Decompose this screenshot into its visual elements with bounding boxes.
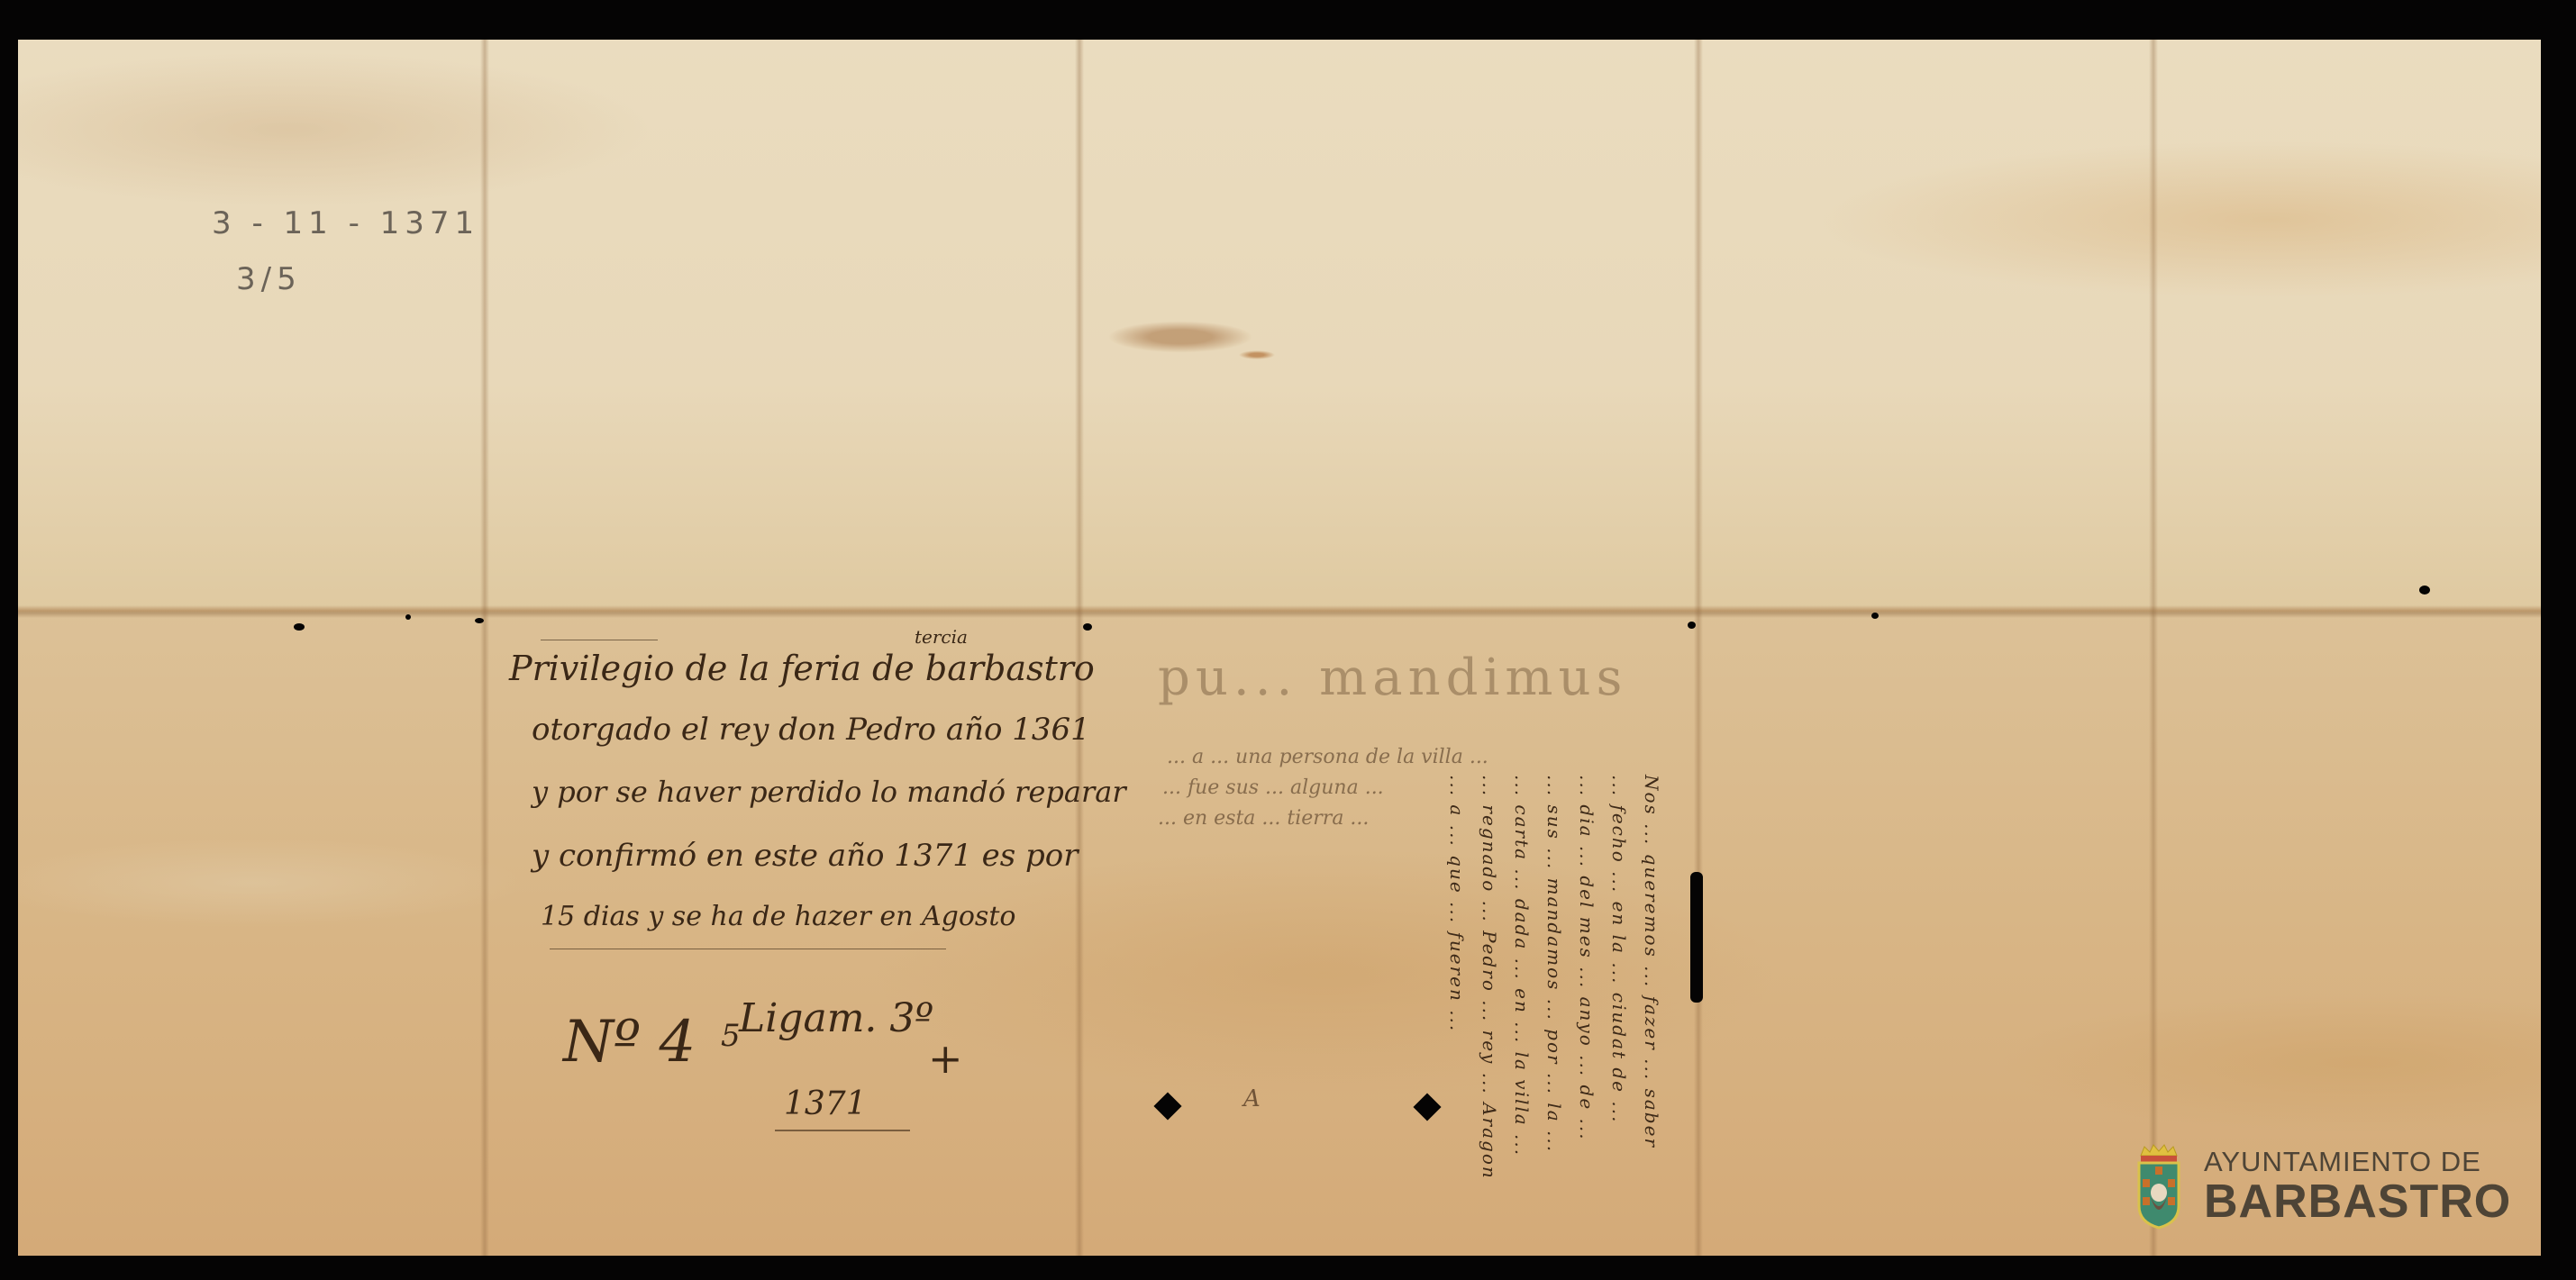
ayuntamiento-barbastro-logo: AYUNTAMIENTO DE BARBASTRO	[2135, 1137, 2541, 1236]
ligamen-signature: Ligam. 3º	[739, 995, 933, 1041]
center-mark: A	[1243, 1085, 1261, 1112]
fold-hole	[1871, 613, 1879, 619]
logo-line-barbastro: BARBASTRO	[2204, 1177, 2511, 1226]
vertical-text-line: ... sus ... mandamos ... por ... la ...	[1543, 775, 1565, 1225]
fold-hole	[1688, 622, 1696, 629]
faint-text-line: ... en esta ... tierra ...	[1158, 807, 1369, 830]
faint-text-line: ... a ... una persona de la villa ...	[1167, 746, 1488, 768]
vertical-text-line: ... dia ... del mes ... anyo ... de ...	[1576, 775, 1597, 1225]
year-1371: 1371	[784, 1085, 867, 1122]
vertical-fold-line	[2149, 40, 2158, 1256]
parchment-upper-panel	[18, 40, 2541, 613]
vertical-text-line: ... a ... que ... fueren ...	[1446, 775, 1468, 1225]
fold-hole	[405, 614, 411, 620]
vertical-text-line: ... fecho ... en la ... ciudat de ...	[1608, 775, 1630, 1225]
endorsement-bottom-rule	[550, 949, 946, 949]
pencil-date-annotation: 3 - 11 - 1371	[212, 205, 479, 241]
fold-hole	[2419, 586, 2430, 595]
faint-gothic-heading: pu... mandimus	[1158, 649, 1627, 707]
endorsement-top-rule	[541, 640, 658, 640]
fold-hole	[1083, 623, 1092, 631]
vertical-text-line: ... carta ... dada ... en ... la villa .…	[1511, 775, 1533, 1225]
vertical-fold-line	[1075, 40, 1084, 1256]
endorsement-line: Privilegio de la feria de barbastro	[509, 649, 1095, 688]
archive-number-value: 5	[721, 1018, 741, 1054]
endorsement-line: otorgado el rey don Pedro año 1361	[532, 712, 1090, 748]
fold-hole	[294, 623, 305, 631]
horizontal-fold-line	[18, 605, 2541, 618]
faint-text-line: ... fue sus ... alguna ...	[1162, 776, 1384, 799]
year-underline	[775, 1130, 910, 1131]
endorsement-line: y confirmó en este año 1371 es por	[532, 838, 1079, 874]
endorsement-superscript: tercia	[915, 626, 968, 648]
vertical-text-block: Nos ... queremos ... fazer ... saber ...…	[1446, 775, 1662, 1225]
archive-number-prefix: Nº 4	[563, 1009, 696, 1076]
coat-of-arms-icon	[2135, 1143, 2182, 1230]
fold-hole	[475, 618, 484, 623]
vertical-fold-line	[1694, 40, 1703, 1256]
pencil-ref-annotation: 3/5	[236, 261, 302, 297]
seal-slot	[1690, 872, 1703, 1003]
vertical-text-line: ... regnado ... Pedro ... rey ... Aragon	[1479, 775, 1500, 1225]
vertical-text-line: Nos ... queremos ... fazer ... saber	[1641, 775, 1662, 1225]
logo-line-ayuntamiento: AYUNTAMIENTO DE	[2204, 1147, 2511, 1177]
cross-mark: +	[928, 1034, 963, 1083]
endorsement-line: y por se haver perdido lo mandó reparar	[532, 775, 1126, 809]
endorsement-line: 15 dias y se ha de hazer en Agosto	[541, 901, 1015, 932]
vertical-fold-line	[480, 40, 489, 1256]
